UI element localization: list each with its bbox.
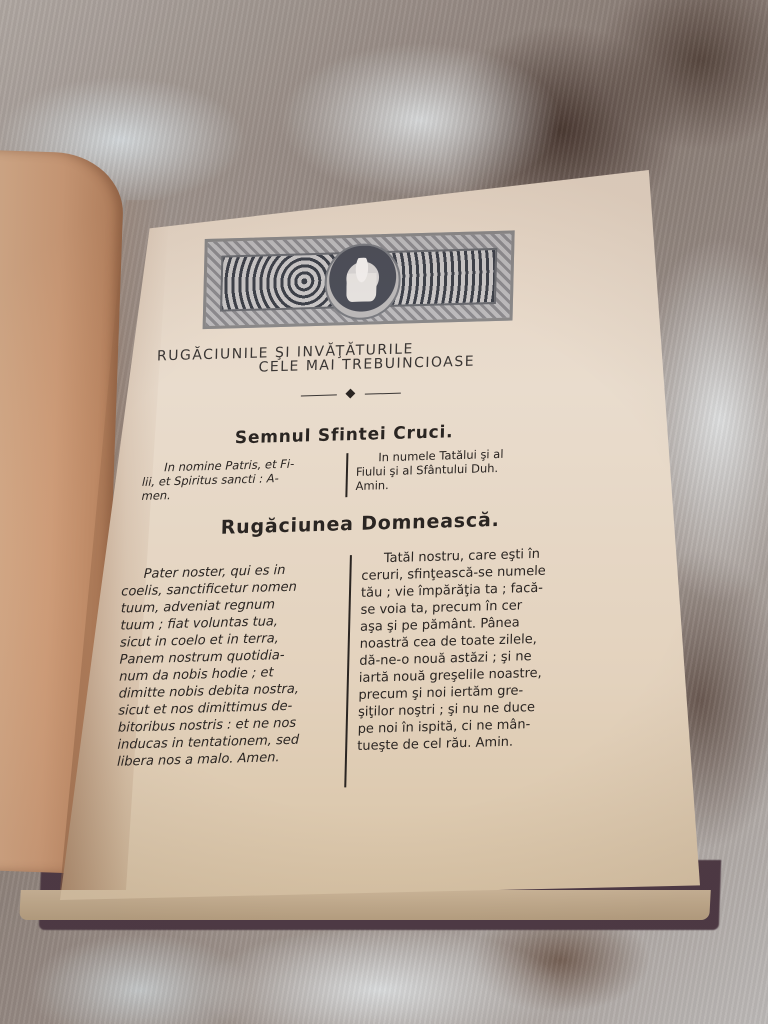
diamond-icon: [345, 389, 355, 399]
divider-line-right: [365, 393, 401, 395]
diamond-divider: [301, 388, 401, 401]
sign-of-cross-romanian: In numele Tatălui şi al Fiului şi al Sfâ…: [355, 445, 556, 493]
page-title: RUGĂCIUNILE ŞI INVĂŢĂTURILE CELE MAI TRE…: [157, 337, 577, 349]
column-rule: [344, 555, 352, 787]
page-content: RUGĂCIUNILE ŞI INVĂŢĂTURILE CELE MAI TRE…: [85, 218, 599, 833]
saint-portrait-icon: [346, 257, 377, 302]
column-rule: [345, 453, 348, 497]
sign-of-cross-latin: In nomine Patris, et Fi- lii, et Spiritu…: [141, 455, 337, 502]
section-heading-sign-of-cross: Semnul Sfintei Cruci.: [235, 422, 454, 448]
divider-line-left: [301, 394, 337, 396]
lords-prayer-romanian: Tatăl nostru, care eşti în ceruri, sfinţ…: [357, 545, 572, 755]
lords-prayer-latin: Pater noster, qui es in coelis, sanctifi…: [117, 560, 337, 770]
section-heading-lords-prayer: Rugăciunea Domnească.: [220, 509, 499, 539]
ornamental-header-band: [203, 230, 515, 329]
